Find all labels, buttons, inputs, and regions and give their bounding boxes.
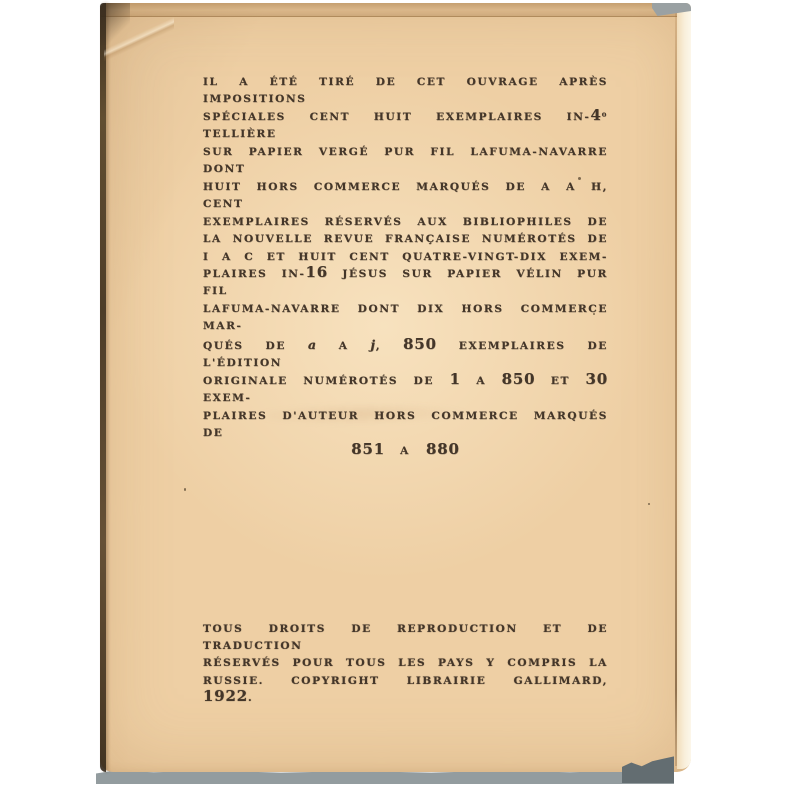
- colophon-line: PLAIRES D'AUTEUR HORS COMMERCE MARQUÉS D…: [203, 408, 608, 443]
- copyright-line: TOUS DROITS DE REPRODUCTION ET DE TRADUC…: [203, 621, 608, 655]
- paper-speck: [648, 503, 650, 505]
- paper-speck: [184, 488, 186, 491]
- book-back-page: IL A ÉTÉ TIRÉ DE CET OUVRAGE APRÈS IMPOS…: [100, 3, 691, 772]
- copyright-notice: TOUS DROITS DE REPRODUCTION ET DE TRADUC…: [203, 621, 608, 707]
- limitation-notice: IL A ÉTÉ TIRÉ DE CET OUVRAGE APRÈS IMPOS…: [203, 74, 608, 460]
- cover-fold-crease: [675, 13, 677, 766]
- copyright-line: RUSSIE. COPYRIGHT LIBRAIRIE GALLIMARD, 1…: [203, 673, 608, 707]
- colophon-line: HUIT HORS COMMERCE MARQUÉS DE A A H, CEN…: [203, 179, 608, 214]
- colophon-line: SPÉCIALES CENT HUIT EXEMPLAIRES IN-4⁰ TE…: [203, 109, 608, 144]
- colophon-numbering-range: 851 A 880: [203, 443, 608, 460]
- colophon-line: ORIGINALE NUMÉROTÉS DE 1 A 850 ET 30 EXE…: [203, 373, 608, 408]
- colophon-line: EXEMPLAIRES RÉSERVÉS AUX BIBLIOPHILES DE: [203, 214, 608, 231]
- spine-top-corner: [100, 3, 130, 45]
- colophon-line: LA NOUVELLE REVUE FRANÇAISE NUMÉROTÉS DE: [203, 231, 608, 248]
- colophon-line: IL A ÉTÉ TIRÉ DE CET OUVRAGE APRÈS IMPOS…: [203, 74, 608, 109]
- colophon-line: LAFUMA-NAVARRE DONT DIX HORS COMMERCE MA…: [203, 301, 608, 336]
- colophon-line: I A C ET HUIT CENT QUATRE-VINGT-DIX EXEM…: [203, 249, 608, 266]
- book-spine-edge: [100, 3, 106, 772]
- colophon-line: PLAIRES IN-16 JÉSUS SUR PAPIER VÉLIN PUR…: [203, 266, 608, 301]
- colophon-line: QUÉS DE a A j, 850 EXEMPLAIRES DE L'ÉDIT…: [203, 336, 608, 373]
- colophon-line: SUR PAPIER VERGÉ PUR FIL LAFUMA-NAVARRE …: [203, 144, 608, 179]
- photo-background: IL A ÉTÉ TIRÉ DE CET OUVRAGE APRÈS IMPOS…: [0, 0, 800, 800]
- page-block-edge: [677, 7, 691, 769]
- copyright-line: RÉSERVÉS POUR TOUS LES PAYS Y COMPRIS LA: [203, 655, 608, 672]
- book-top-edge: [101, 3, 689, 17]
